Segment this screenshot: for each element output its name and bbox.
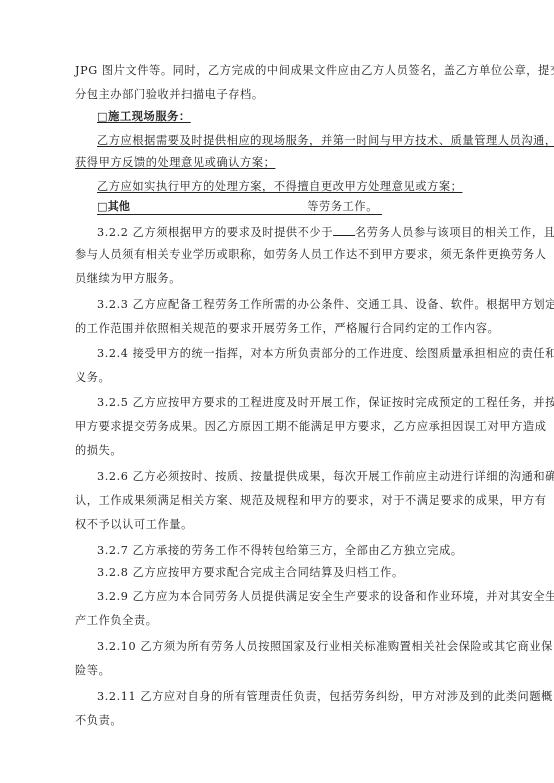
paragraph-line: 义务。 [75, 371, 110, 385]
clause-3-2-5: 3.2.5 乙方应按甲方要求的工程进度及时开展工作，保证按时完成预定的工程任务，… [97, 396, 554, 410]
paragraph-line: 产工作负全责。 [75, 614, 158, 628]
clause-3-2-10: 3.2.10 乙方须为所有劳务人员按照国家及行业相关标准购置相关社会保险或其它商… [97, 640, 553, 654]
paragraph-line: 认，工作成果须满足相关方案、规范及规程和甲方的要求，对于不满足要求的成果，甲方有 [75, 494, 547, 508]
other-services-field: □其他 等劳务工作。 [97, 200, 382, 215]
paragraph-line: JPG 图片文件等。同时，乙方完成的中间成果文件应由乙方人员签名，盖乙方单位公章… [75, 64, 554, 78]
clause-text: 名劳务人员参与该项目的相关工作，且 [355, 226, 554, 239]
paragraph-line: 乙方应根据需要及时提供相应的现场服务，并第一时间与甲方技术、质量管理人员沟通， [97, 134, 554, 148]
clause-3-2-4: 3.2.4 接受甲方的统一指挥，对本方所负责部分的工作进度、绘图质量承担相应的责… [97, 347, 554, 361]
clause-3-2-7: 3.2.7 乙方承接的劳务工作不得转包给第三方，全部由乙方独立完成。 [97, 544, 463, 558]
paragraph-line: 甲方要求提交劳务成果。因乙方原因工期不能满足甲方要求，乙方应承担因误工对甲方造成 [75, 420, 547, 434]
paragraph-line: 参与人员须有相关专业学历或职称，如劳务人员工作达不到甲方要求，须无条件更换劳务人 [75, 248, 547, 262]
paragraph-line: 员继续为甲方服务。 [75, 272, 181, 286]
clause-3-2-8: 3.2.8 乙方应按甲方要求配合完成主合同结算及归档工作。 [97, 566, 404, 580]
document-page: JPG 图片文件等。同时，乙方完成的中间成果文件应由乙方人员签名，盖乙方单位公章… [0, 0, 554, 783]
paragraph-line: 的工作范围并依照相关规范的要求开展劳务工作，严格履行合同约定的工作内容。 [75, 322, 499, 336]
paragraph-line: 权不予以认可工作量。 [75, 518, 193, 532]
paragraph-line: 的损失。 [75, 444, 122, 458]
other-suffix: 等劳务工作。 [307, 200, 378, 214]
clause-text: 3.2.2 乙方须根据甲方的要求及时提供不少于 [97, 226, 333, 239]
clause-3-2-2: 3.2.2 乙方须根据甲方的要求及时提供不少于名劳务人员参与该项目的相关工作，且 [97, 224, 554, 240]
section-heading-site-service: □施工现场服务： [97, 110, 191, 124]
other-label: □其他 [97, 200, 130, 213]
paragraph-line: 获得甲方反馈的处理意见或确认方案； [75, 156, 275, 170]
clause-3-2-6: 3.2.6 乙方必须按时、按质、按量提供成果，每次开展工作前应主动进行详细的沟通… [97, 470, 554, 484]
paragraph-line: 分包主办部门验收并扫描电子存档。 [75, 88, 264, 102]
clause-3-2-11: 3.2.11 乙方应对自身的所有管理责任负责，包括劳务纠纷，甲方对涉及到的此类问… [97, 690, 553, 704]
blank-field [333, 224, 355, 236]
paragraph-line: 险等。 [75, 664, 110, 678]
paragraph-line: 不负责。 [75, 714, 122, 728]
clause-3-2-3: 3.2.3 乙方应配备工程劳务工作所需的办公条件、交通工具、设备、软件。根据甲方… [97, 298, 554, 312]
paragraph-line: 乙方应如实执行甲方的处理方案，不得擅自更改甲方处理意见或方案； [97, 180, 462, 194]
clause-3-2-9: 3.2.9 乙方应为本合同劳务人员提供满足安全生产要求的设备和作业环境，并对其安… [97, 590, 554, 604]
